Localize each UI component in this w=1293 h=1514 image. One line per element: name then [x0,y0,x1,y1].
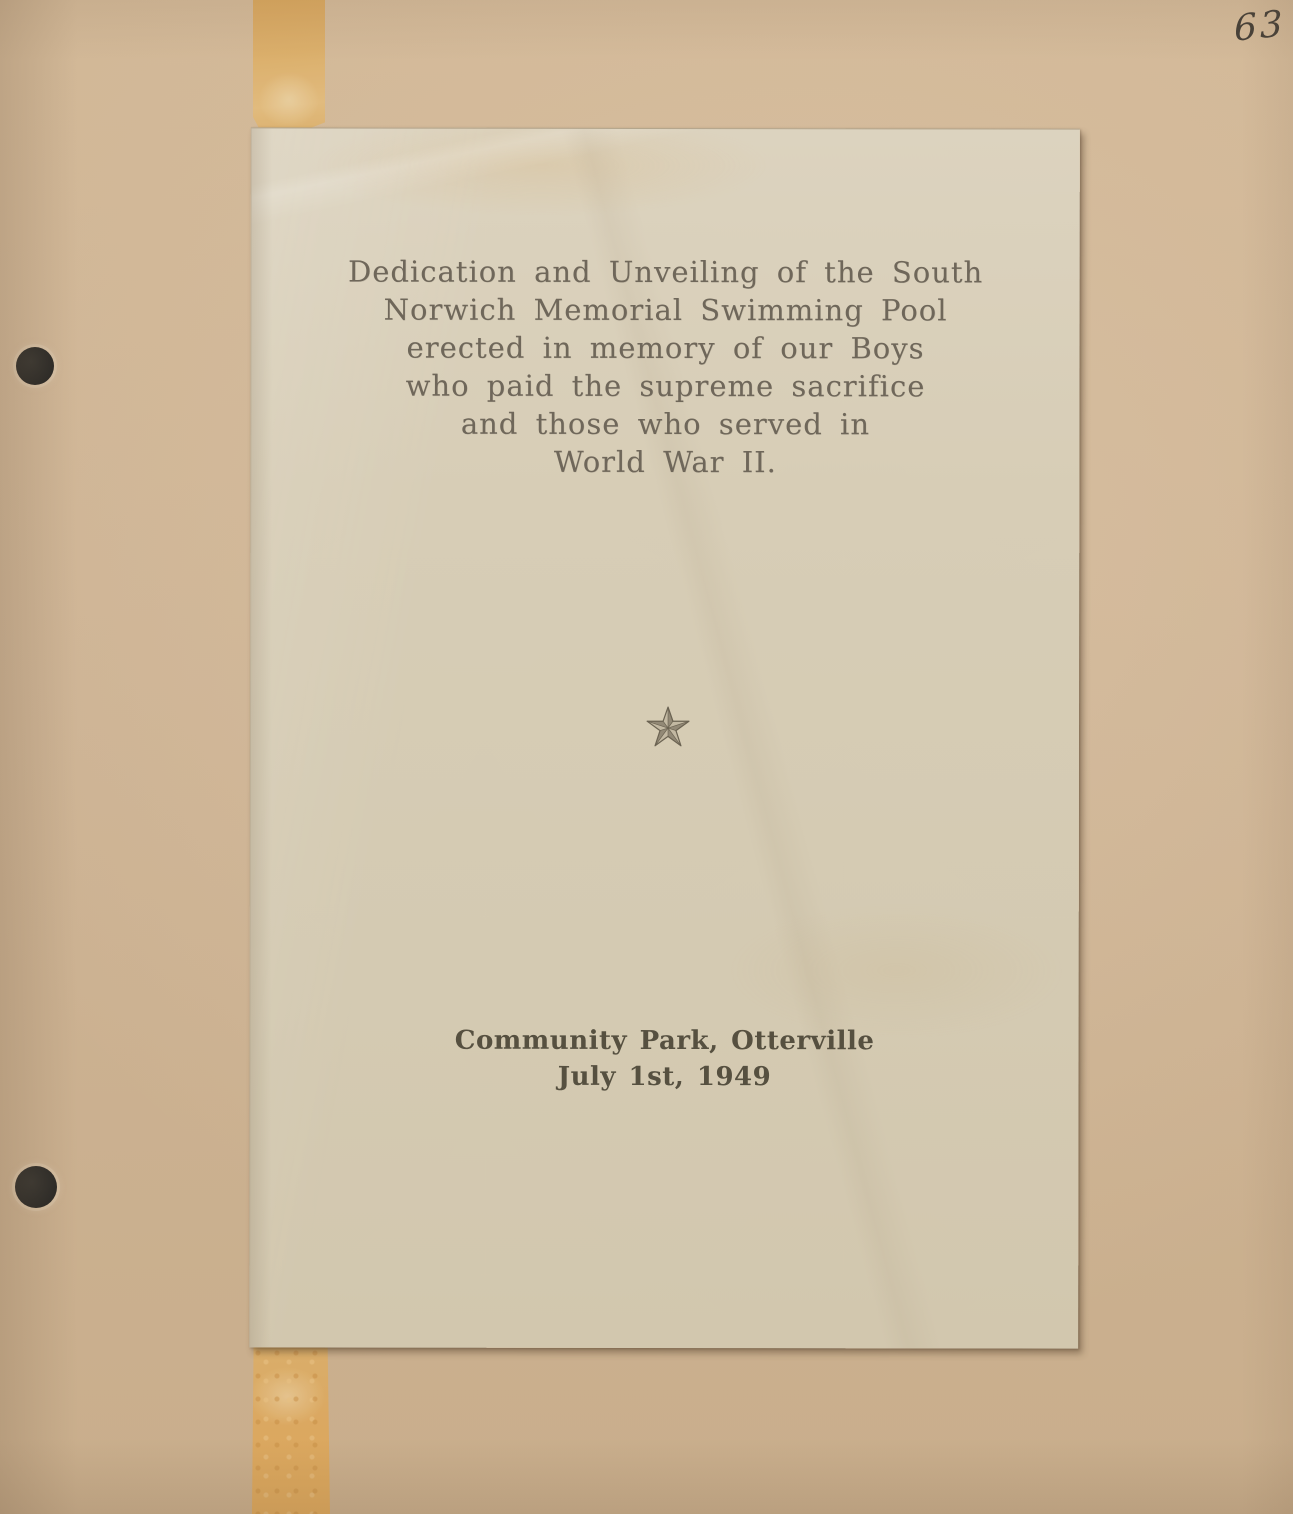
pamphlet-footer: Community Park, Otterville July 1st, 194… [251,1022,1079,1095]
title-line: and those who served in [251,404,1079,443]
title-line: who paid the supreme sacrifice [251,366,1079,405]
venue-line: Community Park, Otterville [251,1022,1079,1059]
pamphlet-title: Dedication and Unveiling of the South No… [251,252,1079,481]
star-icon [646,706,690,750]
title-line: Dedication and Unveiling of the South [252,252,1080,291]
hole-punch-top [16,347,54,385]
title-line: World War II. [251,442,1079,481]
title-line: Norwich Memorial Swimming Pool [252,290,1080,329]
hole-punch-bottom [15,1166,57,1208]
tape-strip-bottom [252,1346,330,1514]
scrapbook-page: 63 Dedication and Unveiling of the South… [0,0,1293,1514]
title-line: erected in memory of our Boys [252,328,1080,367]
date-line: July 1st, 1949 [251,1058,1079,1095]
tape-strip-top [253,0,325,133]
pamphlet-cover: Dedication and Unveiling of the South No… [249,127,1080,1348]
handwritten-page-number: 63 [1233,3,1286,49]
